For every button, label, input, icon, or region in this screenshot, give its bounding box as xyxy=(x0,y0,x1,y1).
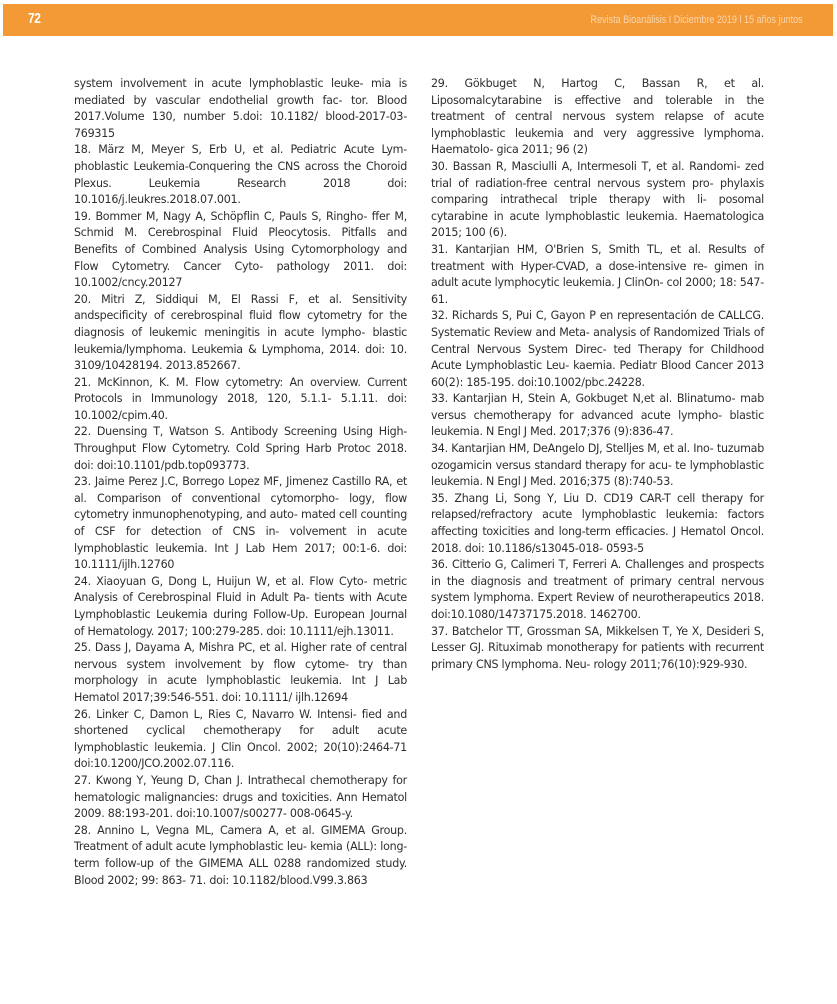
reference-entry: 31. Kantarjian HM, O'Brien S, Smith TL, … xyxy=(431,242,764,308)
reference-entry: 34. Kantarjian HM, DeAngelo DJ, Stelljes… xyxy=(431,441,764,491)
reference-entry: 30. Bassan R, Masciulli A, Intermesoli T… xyxy=(431,159,764,242)
reference-entry: 20. Mitri Z, Siddiqui M, El Rassi F, et … xyxy=(74,292,407,375)
reference-entry: 25. Dass J, Dayama A, Mishra PC, et al. … xyxy=(74,640,407,706)
reference-entry: 27. Kwong Y, Yeung D, Chan J. Intratheca… xyxy=(74,773,407,823)
reference-entry: 36. Citterio G, Calimeri T, Ferreri A. C… xyxy=(431,557,764,623)
reference-entry: system involvement in acute lymphoblasti… xyxy=(74,76,407,142)
references-column-right: 29. Gökbuget N, Hartog C, Bassan R, et a… xyxy=(431,76,764,673)
reference-entry: 26. Linker C, Damon L, Ries C, Navarro W… xyxy=(74,707,407,773)
reference-entry: 33. Kantarjian H, Stein A, Gokbuget N,et… xyxy=(431,391,764,441)
reference-entry: 32. Richards S, Pui C, Gayon P en repres… xyxy=(431,308,764,391)
reference-entry: 19. Bommer M, Nagy A, Schöpflin C, Pauls… xyxy=(74,209,407,292)
running-head: Revista Bioanálisis I Diciembre 2019 l 1… xyxy=(591,14,803,26)
reference-entry: 18. März M, Meyer S, Erb U, et al. Pedia… xyxy=(74,142,407,208)
reference-entry: 23. Jaime Perez J.C, Borrego Lopez MF, J… xyxy=(74,474,407,574)
reference-entry: 22. Duensing T, Watson S. Antibody Scree… xyxy=(74,424,407,474)
reference-entry: 21. McKinnon, K. M. Flow cytometry: An o… xyxy=(74,375,407,425)
reference-entry: 28. Annino L, Vegna ML, Camera A, et al.… xyxy=(74,823,407,889)
reference-entry: 35. Zhang Li, Song Y, Liu D. CD19 CAR-T … xyxy=(431,491,764,557)
header-band: 72 Revista Bioanálisis I Diciembre 2019 … xyxy=(3,4,833,36)
reference-entry: 37. Batchelor TT, Grossman SA, Mikkelsen… xyxy=(431,624,764,674)
page-number: 72 xyxy=(28,10,41,27)
reference-entry: 29. Gökbuget N, Hartog C, Bassan R, et a… xyxy=(431,76,764,159)
references-column-left: system involvement in acute lymphoblasti… xyxy=(74,76,407,889)
reference-entry: 24. Xiaoyuan G, Dong L, Huijun W, et al.… xyxy=(74,574,407,640)
